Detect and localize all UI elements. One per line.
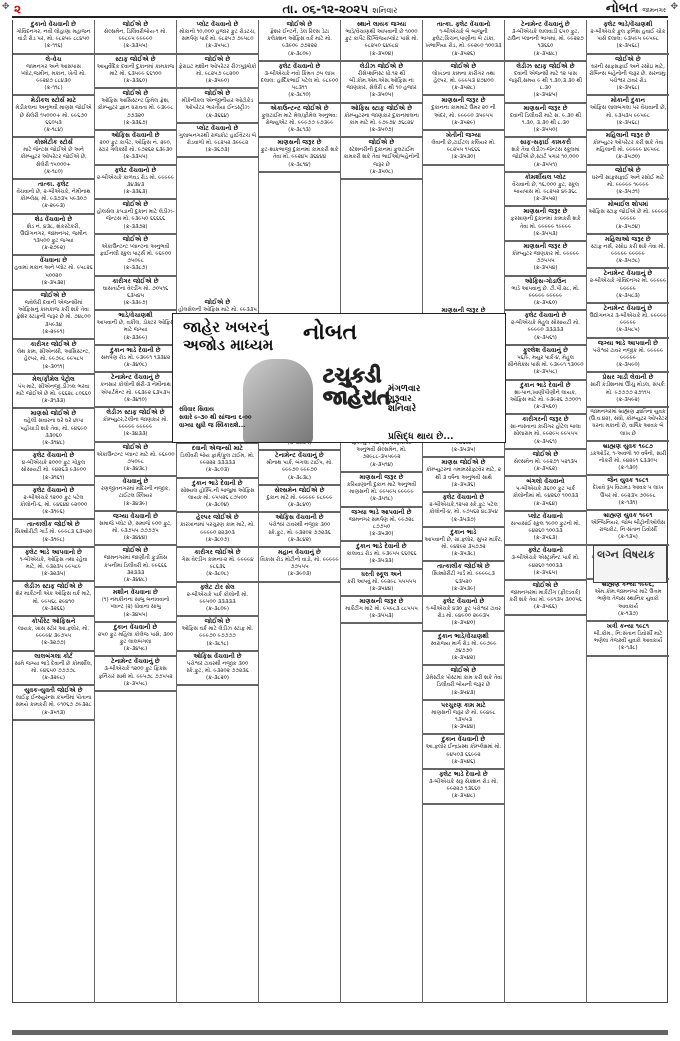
ad-reference: (ક્ર-૩૫૨૯) <box>424 120 503 127</box>
ad-heading: જોઈએ છે <box>588 56 668 64</box>
ad-heading: લાલબંગલા કોર્ટ <box>14 653 93 661</box>
ad-reference: (ક્ર-૩૮૪૦) <box>260 502 339 509</box>
ad-reference: (ક્ર-૧૧૬) <box>14 43 93 50</box>
ad-heading: એકાઉન્ટન્ટ જોઈએ છે <box>260 105 339 113</box>
ad-body: ગોવિંદનગર, નવી લોહાણા મહાજન વાડી રોડ પર,… <box>14 29 93 43</box>
ad-reference: (ક્ર-૩૫૨૮) <box>424 85 503 92</box>
ad-reference: (ક્ર-૩૪૩૯) <box>96 501 175 508</box>
ad-body: લેવાની છે,ટાઈટલ કલિયર મો. ૯૮૨૫૫ ૧૫૬૬૬ <box>424 140 503 154</box>
ad-heading: સ્થાને લાયક જગ્યા <box>342 21 421 29</box>
ad-body: ૧-બીએચકે બે બાજુની ફ્લેટ,કિચન,પાણીના બે … <box>424 29 503 51</box>
ad-reference: (ક્ર-૩૫૬૦) <box>506 404 585 411</box>
classified-ad: ઓફિસ-ગોડાઉનભાડે આપવાનું છે. ટી.પી.૨૮, મો… <box>505 277 586 312</box>
classified-ad: જોઈએ છેજામનગરમાં જાણીતી ફુડવિસ કંપનીમાં … <box>95 546 176 588</box>
ad-reference: (ક્ર-૩૫૦૫) <box>342 92 421 99</box>
ad-heading: ફ્લેટ ભાડે દેવાનો છે <box>424 771 503 779</box>
ad-reference: (ક્ર-૩૧૬૧) <box>14 475 93 482</box>
ad-body: ગુલાબનગરથી રાજકોટ હાઈવેટચ બે રોડવાળો મો.… <box>178 133 257 147</box>
ad-body: શ્રીનાથ પાર્ક, બંગલા ટાઈપ, મો. ૯૯૯૭૦ ૯૯૯… <box>260 460 339 474</box>
ad-reference: (ક્ર-૩૫૩૫) <box>424 447 503 454</box>
classified-ad: લે-વેચજામનગર અને આસપાસ પ્લોટ,જમીન, મકાન,… <box>13 55 94 97</box>
ad-body: લાઈફ ઈન્સ્યુરન્સ કંપનીમાં પોતાના સમયે કા… <box>14 695 93 709</box>
ad-body: સત્યસાંઈ સ્કુલ ૧૯૦૦ ફુટનો મો. ૯૪૨૬૦ ૧૦૦૩… <box>506 521 585 535</box>
ad-heading: ટેનામેન્ટ વેંચવાનું છે <box>506 21 585 29</box>
ad-body: જામનગરમાં માર્કેટીંગ (ફીલ્ડવર્ક) કરી શકે… <box>506 590 585 604</box>
classified-ad: મહાન વેંચવાનું છેવિકાસ રોડ મોટીનો વાડો, … <box>259 548 340 583</box>
thumbs-up-icon <box>243 359 313 443</box>
ad-body: સેલ્સમેન મો. ૯૯૨૭૧ ૫૨૧૩૫ <box>506 459 585 466</box>
ad-reference: (ક્ર-૩૩૬૦) <box>96 78 175 85</box>
ad-heading: ફ્લેટ વેંચવાનો છે <box>424 598 503 606</box>
registration-mark: ✥ <box>2 2 10 12</box>
ad-body: રીસેપ્શનિસ્ટ ધો.૧૨ થી બી.કોમ.એમ.એસ.ઓફિસ … <box>342 71 421 93</box>
classified-ad: જગ્યા વેંચવાની છેસમાજે પ્લોટ છે, સમાજે ૯… <box>95 512 176 547</box>
page-header: ૨ તા. ૦૬-૧૨-૨૦૨૫ શનિવાર નોબત જામનગર <box>12 2 668 18</box>
ad-heading: મહાન વેંચવાનું છે <box>260 549 339 557</box>
ad-heading: પ્લોટ વેંચવાનો છે <box>178 125 257 133</box>
ad-body: ૧-બીએચકે, ઓફિસ તથા રહેવા માટે, મો. ૯૩૨૩૫… <box>14 557 93 571</box>
classified-ad: કારીગર જોઈએ છેઘાસતાર્ટના વેલ્ડીંગ મો. ૭૦… <box>95 277 176 312</box>
ad-body: હોલસેલ કપડાની દુકાન માટે લેડીઝ-જેન્ટસ મો… <box>96 209 175 223</box>
ad-body: કોમ્પ્યુટર ઓપરેટર કરી શકે તેવા મહિલાની મ… <box>588 140 668 154</box>
ad-body: સ્ટાફ નર્સ, રસોઇ કરી શકે તેવા મો. ૯૯૯૯૯ … <box>588 244 668 258</box>
banner-days: મંગળવાર ગુરૂવાર શનિવારે <box>388 384 420 414</box>
classified-ad: ઓફિસ સ્ટાફ જોઈએ છેકોમ્પ્યુટરના જાણકાર દુ… <box>341 104 422 139</box>
classified-ad: ટેનામેન્ટ વેંચવાનું છે૩-બીએચકે ૧૨૦૦ ફુટ … <box>95 657 176 692</box>
ad-body: ઓફિસ લાલબંગલા પર વેંચવાની છે, મો. ૯૩૫૩૫ … <box>588 105 668 119</box>
ad-reference: (ક્ર-૩૫૯૦) <box>178 78 257 85</box>
ad-heading: ફ્લેટ ટોર સેલ <box>178 584 257 592</box>
ad-body: ઓફિસ વર્ક માટે લેડીઝ સ્ટાફ મો. ૯૯૯૭૦ ૯૭૭… <box>178 626 257 640</box>
classified-ad: કોર્પોરેટ ઓફિસનેલાયક, ખાસ સ્ટોર આ.ફ્લોર,… <box>13 617 94 652</box>
classified-ad: ટેનામેન્ટ વેંચવાનું છે૩-બીએચકે લાલવાડી ૬… <box>505 20 586 62</box>
ad-reference: (ક્ર-૩૫૮૩) <box>588 293 668 300</box>
ad-heading: ઓફિસ સ્ટાફ જોઈએ છે <box>342 105 421 113</box>
classified-ad: જોઈએ છેઓફિસ આસિસ્ટન્ટ ફિમેલ ફ્રેશ, કોમ્પ… <box>95 89 176 131</box>
classified-ad: સ્ટાફ જોઈએ છેઆયુર્વેદિક દવાની દુકાનમાં ક… <box>95 55 176 90</box>
classified-ad: ટેનામેન્ટ વેંચવાનું છે૨-બીએચકે ગોવિંદનગર… <box>587 269 669 304</box>
classified-ad: દુકાન ભાડે દેવાની છેકાલાવડ રોડ મો. ૯૩૯૫૫… <box>341 542 422 569</box>
ad-reference: (ક્ર-૩૫૦૭) <box>342 127 421 134</box>
ad-reference: (ક્ર-૩૫૪૪) <box>342 586 421 593</box>
ad-heading: ઓફિસ વેંચવાની છે <box>96 132 175 140</box>
ad-body: કરિયાણાની દુકાન માટે અનુભવી માણસની મો. ૯… <box>342 482 421 496</box>
ad-body: સ્ટેશનરીની દુકાનમાં ફુલટાઈમ કામકરી શકે ત… <box>342 147 421 169</box>
classified-ad: બ્રાહ્મણ યુવક ૧૯૯૧એન્જિનિયર, જોબ બીટ્રોન… <box>587 511 669 546</box>
ad-body: એન્જિનિયર, જોબ બીટ્રોનીઓલેસ રાજકોટ, નિઃસ… <box>588 520 668 534</box>
ad-reference: (ક્ર-૩૫૮૫) <box>588 327 668 334</box>
ad-heading: જોઈએ છે <box>14 292 93 300</box>
classified-ad: દવાની એજન્સી માટેડિલીવરી બોય ફાર્મ/ફુલ ટ… <box>177 444 258 479</box>
ad-reference: (ક્ર-૩૫૫૮) <box>506 369 585 376</box>
ad-body: સેલ્સમેન, ડિલિવરીબોય-૧ મો. ૯૯૮૯૫ ૯૯૯૯૦ <box>96 29 175 43</box>
banner-tagline: જાહેર ખબરનું અજોડ માધ્યમ <box>183 318 273 354</box>
ad-heading: મશીન વેંચવાના છે <box>96 589 175 597</box>
classified-ad: વેંચવાના છેહવામાં મકાન અને પ્લોટ મો. ૯૫૮… <box>13 256 94 291</box>
ad-heading: દુકાન વેંચવાની છે <box>96 624 175 632</box>
ad-body: લાયક, ખાસ સ્ટોર આ.ફ્લોર, મો. ૯૯૯૯૪ ૩૯૭૫૫ <box>14 626 93 640</box>
ad-heading: દુકાન ભાડે દેવાની છે <box>342 543 421 551</box>
classified-ad: જોઈએ છેફેરાઇટ મશીન ઓપરેટર રીઝપુરૂષોકો મો… <box>177 55 258 90</box>
classified-column: જોઈએ છેફ્રેશર ઈન્ટર્ન, ડેલ રિલ્સ ડેટા કલ… <box>259 20 341 1003</box>
ad-reference: (ક્ર-૩૫૩૩) <box>342 558 421 565</box>
ad-heading: જગ્યા વેંચવાની છે <box>96 513 175 521</box>
ad-reference: (ક્ર-૩૫૫૨) <box>506 196 585 203</box>
classified-ad: એકાઉન્ટન્ટ જોઈએ છેફુલટાઈમ માટે મેલ/ફીમેલ… <box>259 104 340 139</box>
ad-reference: (ક્ર-૩૫૬૦) <box>506 300 585 307</box>
classified-ad: જોઈએ છેમીકેનીકલ એન્જીનીયર ઓટોકેડ ઓપરેટર … <box>177 89 258 124</box>
ad-body: ગેસ વેલ્ડીંગ કામના-૨ મો. ૯૯૯૯૪ ૯૮૬૩૬ <box>178 557 257 571</box>
classified-ad: પરચુરણ કામ માટેમાણસની જરૂર છે મો. ૯૯૪૯૮ … <box>423 701 504 736</box>
classified-ad: મોબાઈલ શોપમાંઓફિસ સ્ટાફ જોઈએ છે મો. ૯૯૯૯… <box>587 200 669 235</box>
ad-body: વિકાસ રોડ મોટીનો વાડો, મો. ૯૯૯૯૯ ૭૭૫૫૫ <box>260 557 339 571</box>
ad-reference: (ક્ર-૩૨૯૮) <box>14 675 93 682</box>
classifieds-grid: દુકાનો વેંચવાની છેગોવિંદનગર, નવી લોહાણા … <box>12 20 668 1003</box>
ad-heading: મહિલાઓ જરૂર છે <box>588 236 668 244</box>
ad-reference: (ક્ર-૩૫૯૨) <box>588 397 668 404</box>
ad-reference: (ક્ર-૩૩૮૭) <box>96 265 175 272</box>
classified-ad: જોઈએ છેજ્વેલેરી દવાની એજન્સીમાં ઓફિસનું … <box>13 291 94 340</box>
ad-reference: (ક્ર-૩૫૪૮) <box>424 793 503 800</box>
ad-heading: પરચુરણ કામ માટે <box>424 702 503 710</box>
ad-reference: (ક્ર-૩૧૯૬) <box>14 509 93 516</box>
lagna-vishayak-banner: લગ્ન વિષયક <box>593 545 667 583</box>
ad-body: ફિઝ્યુન પેઇન્ટ્સ શોરૂમમાટે અનુભવી સેલ્સમ… <box>342 440 421 462</box>
ad-body: જામનગર સમર્પણ મો. ૯૯૭૨૮ ૮૭૭૫૦ <box>342 517 421 531</box>
ad-body: સારી કંડીશનમાં ઊંચું મોડલ, સંપર્ક: મો. ૯… <box>588 382 668 396</box>
classified-ad: લેડીઝ જોઈએ છેરીસેપ્શનિસ્ટ ધો.૧૨ થી બી.કો… <box>341 62 422 104</box>
classified-ad: જોઈએ છેફ્રેશર ઈન્ટર્ન, ડેલ રિલ્સ ડેટા કલ… <box>259 20 340 62</box>
ad-heading: પ્લોટ વેંચવાનો છે <box>178 21 257 29</box>
ad-heading: ફ્લેટ વેંચવાનો છે <box>260 63 339 71</box>
ad-body: સમર્પણ રોડ મો. ૯૩૯૯૧ ૧૩૩૪૨ <box>96 355 175 362</box>
ad-reference: (ક્ર-૩૫૫૪) <box>506 265 585 272</box>
ad-reference: (ક્ર-૩૫૫૮) <box>178 43 257 50</box>
ad-body: ઘરની સાફસફાઈ અને રસોઇ માટે, રોબિન્સ બહેન… <box>588 64 668 86</box>
classified-column: સ્થાને લાયક જગ્યાભાડે/વેંચાણથી આપવાની છે… <box>341 20 423 1003</box>
classified-ad: તાત્કા. ફ્લેટ વેંચવાનો૧-બીએચકે બે બાજુની… <box>423 20 504 62</box>
ad-reference: (ક્ર-૩૬૭૩) <box>178 147 257 154</box>
ad-reference: (ક્ર-૩૧૪૮) <box>14 440 93 447</box>
classified-ad: પ્લોટ વેંચવાનોસત્યસાંઈ સ્કુલ ૧૯૦૦ ફુટનો … <box>505 512 586 547</box>
ad-body: દુકાનના કામમાટે ઉંમર ૨૦ ની અંદર, મો. ૯૯૯… <box>424 105 503 119</box>
ad-body: શેર માર્કેટની એક ઓફિસ વર્ક માટે, મો. ૯૯૫… <box>14 591 93 605</box>
classified-ad: તાત્કાલીક જોઈએ છેસિક્યોરીટી ગાર્ડ મો. ૯૯… <box>423 562 504 597</box>
ad-body: મેડીકલના અનુભવી માણસ જોઈએ છે સેલેરી ૧૫૦૦… <box>14 105 93 127</box>
ad-body: ૩-બીએચકે લાલવાડી ૬૫૦ ફુટ, ટાઉન પ્લાનની ભ… <box>506 29 585 51</box>
ad-reference: (ક્ર-૩૫૪૪) <box>424 724 503 731</box>
ad-heading: તાત્કા. ફ્લેટ <box>14 181 93 189</box>
ad-heading: જોઈએ છે <box>506 451 585 459</box>
ad-body: સામે જગ્યા ભાડે દેવાની છે કોમર્શીલ, મો. … <box>14 661 93 675</box>
classified-ad: બંગલો વેંચવાનો૫-બીએચકે ૩૬૦૦ ફુટ પાર્ક કો… <box>505 477 586 512</box>
classified-ad: ધરતી સ્કૂલ અનેકરી આપવું મો. ૯૯૨૯૮ ૫૫૫૫૫(… <box>341 570 422 597</box>
ad-reference: (ક્ર-૩૫૭૦) <box>588 154 668 161</box>
ad-reference: (ક્ર-૩૩૫૫) <box>96 43 175 50</box>
ad-heading: ટેનામેન્ટ વેંચવાનું છે <box>588 305 668 313</box>
ad-reference: (ક્ર-૩૮૦૯) <box>178 606 257 613</box>
ad-reference: (ક્ર-૧૩૧) <box>588 500 668 507</box>
ad-reference: (ક્ર-૩૪૫૮) <box>96 646 175 653</box>
ad-reference: (ક્ર-૩૮૧૪) <box>260 162 339 169</box>
ad-heading: ફુલ્લેશ વેંચવાનું છે <box>506 347 585 355</box>
masthead-logo: નોબત જામનગર <box>606 1 666 16</box>
ad-reference: (ક્ર-૩૩૫૫) <box>96 154 175 161</box>
ad-heading: ઓફિસ વેંચવાની છે <box>178 653 257 661</box>
ad-body: ૩-બીએચકે નવો કિંમત ૭૫ લાખ દલાલ: હાર્દિકભ… <box>260 71 339 93</box>
ad-body: સમાજે પ્લોટ છે, સમાજે ૯૦૦ ફુટ, મો. ૯૩૭૫૫… <box>96 521 175 535</box>
ad-reference: (ક્ર-૩૧૩૩) <box>14 398 93 405</box>
ad-body: કોમ્પ્યુટરના જાણકાર દુકાનમાલના કામ માટે … <box>342 113 421 127</box>
ad-reference: (ક્ર-૩૫૪૨) <box>424 655 503 662</box>
ad-reference: (ક્ર-૩૩૬૩) <box>96 189 175 196</box>
ad-body: કનસાર કોલોની શેરી-૩ નેમીનાથ એપાર્ટમેન્ટ … <box>96 382 175 396</box>
ad-reference: (ક્ર-૩૫૪૩) <box>424 690 503 697</box>
ad-heading: માણસની જરૂર છે <box>506 243 585 251</box>
ad-reference: (ક્ર-૩૬૬૪) <box>178 113 257 120</box>
ad-reference: (ક્ર-૩૫૫૩) <box>506 231 585 238</box>
ad-body: કોમ્પ્યુટરના તમામસોફ્ટવેર માટે, ૨ થી ૩ વ… <box>424 467 503 481</box>
ad-reference: (ક્ર-૩૩૯૯) <box>96 335 175 342</box>
classified-ad: ઓફિસ વેંચવાની છેપંચેશ્વર ટાવરથી નજીક ૩૦૦… <box>177 652 258 687</box>
classified-ad: જગ્યા ભાડે આપવાની છેજામનગર સમર્પણ મો. ૯૯… <box>341 508 422 543</box>
ad-body: ફેરાઇટ મશીન ઓપરેટર રીઝપુરૂષોકો મો. ૯૮૨૫૭… <box>178 64 257 78</box>
classified-ad: લેડીઝ સ્ટાફ જોઈએ છેદવાની એજન્સી માટે ૧૨ … <box>505 62 586 104</box>
ad-heading: જોઈએ છે <box>96 444 175 452</box>
ad-heading: ખત્રી કન્યા ૧૯૮૧ <box>588 623 668 631</box>
ad-reference: (ક્ર-૩૫૦૪) <box>342 51 421 58</box>
ad-body: ૨-બીએચકે પાર્ક કોલોની મો. ૯૯૫૦૦ ૩૩૩૩૩ <box>178 592 257 606</box>
ad-body: ૩-બીએચકે એસ્ટ્રાર્મેન્ટ પાર્ક મો. ૯૪૨૬૦ … <box>506 555 585 569</box>
classified-ad: લેડીઝ સ્ટાફ જોઈએ છેકોમ્પ્યુટર,ટેલીના જાણ… <box>95 408 176 443</box>
classified-ad: ફ્લેટ ભાડે આપવાનો છે૧-બીએચકે, ઓફિસ તથા ર… <box>13 548 94 583</box>
ad-reference: (ક્ર-૩૮૩૮) <box>260 475 339 482</box>
classified-ad: મોકાની દુકાનઓફિસ લાલબંગલા પર વેંચવાની છે… <box>587 96 669 131</box>
ad-body: ફરસાણની દુકાનમાં કામકરી શકે તેવા મો. ૯૯૯… <box>506 216 585 230</box>
ad-body: વેંચવાનો છે, ૨-બીએચકે, નેમીનાથ કોમ્પ્લેક… <box>14 189 93 203</box>
ad-reference: (ક્ર-૩૮૦૮) <box>178 571 257 578</box>
classified-ad: દુકાન ભાડેઆપવાની છે, ગ્રા.ફ્લોર, સુપર મા… <box>423 528 504 563</box>
ad-reference: (ક્ર-૩૫૩૭) <box>424 517 503 524</box>
classified-ad: જોઈએ છેજામનગરમાં માર્કેટીંગ (ફીલ્ડવર્ક) … <box>505 581 586 616</box>
ad-body: માણસની જરૂર છે મો. ૯૯૪૯૮ ૧૩૫૫૩ <box>424 710 503 724</box>
classified-ad: ફ્લેટ વેંચવાનો૩-બીએચકે એસ્ટ્રાર્મેન્ટ પા… <box>505 546 586 581</box>
classified-ad: યુવક-યુવતી જોઈએ છેલાઈફ ઈન્સ્યુરન્સ કંપની… <box>13 686 94 721</box>
ad-heading: જોઈએ છે <box>260 21 339 29</box>
ad-body: ૨-બીએચકે ગોવિંદનગર મો. ૯૯૯૯૯ ૯૯૯૯૯ <box>588 278 668 292</box>
registration-mark: ✥ <box>670 2 678 12</box>
ad-heading: લેડીઝ સ્ટાફ જોઈએ છે <box>96 409 175 417</box>
ad-reference: (ક્ર-૩૮૦૪) <box>178 502 257 509</box>
classified-column: તાત્કા. ફ્લેટ વેંચવાનો૧-બીએચકે બે બાજુની… <box>423 20 505 1003</box>
ad-heading: બ્રાહ્મણ યુવક ૧૯૯૧ <box>588 512 668 520</box>
classified-ad: ટેનામેન્ટ વેંચવાનું છેશ્રીનાથ પાર્ક, બંગ… <box>259 451 340 486</box>
classified-ad: સેલ્સમેન જોઈએ છેદુકાન માટે મો. ૯૯૯૯૯ ૯૮૯… <box>259 486 340 513</box>
ad-body: ૪-બીએચકે ૨૦૦૦ ફુટ ગોકુલ સોસાયટી મો. ૯૪૨૬… <box>14 460 93 474</box>
classified-ad: દુકાન ભાડે દેવાની છેસમર્પણ રોડ મો. ૯૩૯૯૧… <box>95 346 176 373</box>
ad-heading: ફ્લેટ વેંચવાનો છે <box>14 487 93 495</box>
ad-heading: દુકાનો વેંચવાની છે <box>14 21 93 29</box>
ad-heading: સ્ટાફ જોઈએ છે <box>96 56 175 64</box>
ad-reference: (ક્ર-૩૫૬૮) <box>588 43 668 50</box>
classified-ad: જોઈએ છેધરની સાફસફાઈ અને રસોઈ માટે મો. ૯૯… <box>587 166 669 201</box>
ad-heading: કોમર્શીયલ પ્લોટ <box>506 174 585 182</box>
classified-ad: બ્રાહ્મણ કન્યા ૧૯૯૬,એમ.કોમ.જામનગર માટે ઉ… <box>587 580 669 622</box>
classified-ad: દુકાન ભાડે દેવાની છેસોશ્યલ હોસ્પિ.ની બાજ… <box>177 479 258 514</box>
ad-reference: (ક્ર-૩૫૦૮) <box>342 169 421 176</box>
ad-reference: (ક્ર-૧૩૮) <box>588 645 668 652</box>
color-registration-bar <box>12 1030 668 1035</box>
classified-ad: શેડ વેંચવાનો છેશેડ નં. ૪૩૮, શંકરટેકરી, ઉ… <box>13 215 94 257</box>
issue-day: શનિવાર <box>372 6 397 15</box>
ad-reference: (ક્ર-૩૮૦૭) <box>178 537 257 544</box>
ad-reference: (ક્ર-૩૧૯૮) <box>14 537 93 544</box>
classified-ad: તાત્કા. ફ્લેટવેંચવાનો છે, ૨-બીએચકે, નેમી… <box>13 180 94 215</box>
banner-spacer <box>259 173 340 313</box>
ad-body: કારખાનામાં પરચુરણ કામ માટે, મો. ૯૯૯૯૦ ૨૨… <box>178 522 257 536</box>
ad-body: વેંચવાનો છે, ૧૬,૦૦૦ ફુટ, સ્કૂલ બાયપાસ મો… <box>506 182 585 196</box>
banner-spacer <box>177 158 258 298</box>
ad-body: ૫૬/૯, મયુર પાર્ક-૪, મેહુલ સીનેમેક્સ પાસે… <box>506 355 585 369</box>
classified-ad: જોઈએ છેસ્ટેશનરીની દુકાનમાં ફુલટાઈમ કામકર… <box>341 138 422 180</box>
ad-body: ડોમેસ્ટીક પોસ્ટમાં કામ કરી શકે તેવા ડિલી… <box>424 675 503 689</box>
ad-reference: (ક્ર-૩૫૩૦) <box>424 154 503 161</box>
ad-reference: (ક્ર-૩૫૯૦) <box>588 362 668 369</box>
ad-heading: જોઈએ છે <box>424 667 503 675</box>
classified-ad: ટેનામેન્ટ વેંચવાનું છેઉદ્યોગનગર ૩-બીએચકે… <box>587 304 669 339</box>
ad-reference: (ક્ર-૩૫૧૩) <box>14 710 93 717</box>
ad-body: આપવાની છે, વકીલ, ડોક્ટર ઓફિસ માટે જગ્યા <box>96 320 175 334</box>
ad-reference: (ક્ર-૩૫૧૮) <box>342 496 421 503</box>
ad-reference: (ક્ર-૩૮૨૦) <box>178 675 257 682</box>
classified-ad: કારીગર જોઈએ છેગેસ વેલ્ડીંગ કામના-૨ મો. ૯… <box>177 548 258 583</box>
ad-body: સોશ્યલ હોસ્પિ.ની બાજુમાં ઓફિસ લાયક મો. ૯… <box>178 488 257 502</box>
classified-ad: ફ્લેટ વેંચવાનો છે૨-બીએચકે કાળવડ રોડ મો. … <box>95 166 176 201</box>
ad-reference: (ક્ર-૩૫૪૬) <box>424 759 503 766</box>
ad-reference: (ક્ર-૩૫૩૮) <box>424 551 503 558</box>
ad-reference: (ક્ર-૩૪૫૫) <box>96 612 175 619</box>
classified-ad: જોઈએ છેઘરની સાફસફાઈ અને રસોઇ માટે, રોબિન… <box>587 55 669 97</box>
ad-heading: ફ્લેટ વેંચવાનો છે <box>14 452 93 460</box>
classified-ad: ફ્લેટ ભાડે/વેંચાણથી૨-બીએચકે ફુલ ફર્નિશ હ… <box>587 20 669 55</box>
classified-ad: દુકાનો વેંચવાની છેગોવિંદનગર, નવી લોહાણા … <box>13 20 94 55</box>
ad-body: જામનગરમાં બ્રાહ્મણ જ્ઞાતિના યુવક (ઉ.વ.૪૨… <box>588 409 668 438</box>
ad-body: એકાઉન્ટન્ટ પ્લાન્ટ માટે મો. ૯૬૯૦૦ ૭૫૦૯૮ <box>96 452 175 466</box>
ad-body: કાલાવડ રોડ મો. ૯૩૯૫૫ ૬૬૦૬૬ <box>342 551 421 558</box>
ad-body: સિક્યોરીટી ગાર્ડ મો. ૯૯૯૮૩ ૬૩૫૨૦ <box>14 529 93 536</box>
ad-heading: સેલ્સમેન જોઈએ છે <box>260 487 339 495</box>
ad-reference: (ક્ર-૩૫૪૮) <box>506 51 585 58</box>
banner-spacer <box>423 166 504 306</box>
classified-ad: માણસની જરૂર છેકરિયાણાની દુકાન માટે અનુભવ… <box>341 473 422 508</box>
ad-body: બી.કોમ., નિ:સંતાન ડિવોર્સી માટે ભણેલા તે… <box>588 631 668 645</box>
ad-heading: જોઈએ છે <box>424 63 503 71</box>
ad-heading: ધરતી સ્કૂલ અને <box>342 571 421 579</box>
classified-ad: જોઈએ છેહોલસેલ કપડાની દુકાન માટે લેડીઝ-જે… <box>95 200 176 235</box>
ad-heading: ફ્લેટ વેંચવાનો છે <box>96 167 175 175</box>
classified-ad: મશીન વેંચવાના છે(૧) નમકીનના સાબુ બનાવવાન… <box>95 588 176 623</box>
ad-reference: (ક્ર-૨૯૯૧) <box>14 329 93 336</box>
ad-body: એકાઉન્ટન્ટ પ્લાન્ટના અનુભવી ફાઈનલી સ્કુલ… <box>96 244 175 266</box>
ad-heading: વેંચવાનું છે <box>96 478 175 486</box>
ad-reference: (ક્ર-૩૫૬૨) <box>506 466 585 473</box>
ad-reference: (ક્ર-૩૪૪૮) <box>96 577 175 584</box>
ad-heading: જોઈએ છે <box>96 236 175 244</box>
ad-heading: દુકાન ભાડે દેવાની છે <box>178 480 257 488</box>
classified-ad: ફ્લેટ વેંચવાનો છે૩-બીએચકે નવો કિંમત ૭૫ લ… <box>259 62 340 104</box>
ad-heading: લે-વેચ <box>14 56 93 64</box>
classified-ad: માણસની જરૂર છેફુટ-શાકભાજી દુકાનમાં કામકર… <box>259 138 340 173</box>
date-line: તા. ૦૬-૧૨-૨૦૨૫ શનિવાર <box>12 2 668 17</box>
ad-body: ૨૦૦ ફુટ કાર્પેટ, ઓફિસ નં. ૨૯૦, સ્ટાર ગેલ… <box>96 140 175 154</box>
ad-heading: મહિલાની જરૂર છે <box>588 132 668 140</box>
ad-reference: (ક્ર-૩૫૩૨) <box>14 280 93 287</box>
ad-reference: (ક્ર-૩૫૫૧) <box>506 162 585 169</box>
classified-ad: ફ્લેટ ટોર સેલ૨-બીએચકે પાર્ક કોલોની મો. ૯… <box>177 583 258 618</box>
classified-ad: પ્રેસર ગાડી લેવાની છેસારી કંડીશનમાં ઊંચુ… <box>587 373 669 408</box>
ad-body: માટે જેન્ટસ જોઈએ છે અને કોમ્પ્યુટર ઓપરેટ… <box>14 147 93 169</box>
ad-body: દવાની ડિલીવરી માટે સ. ૯.૩૦ થી ૧.૩૦, ૩.૩૦… <box>506 113 585 127</box>
ad-body: શેડ નં. ૪૩૮, શંકરટેકરી, ઉદ્યોગનગર, જામનગ… <box>14 224 93 246</box>
ad-reference: (ક્ર-૩૦૧૧) <box>14 364 93 371</box>
ad-reference: (ક્ર-૩૫૬૧) <box>506 439 585 446</box>
ad-reference: (ક્ર-૩૩૬૭) <box>96 120 175 127</box>
ad-body: જામનગરમાં જાણીતી ફુડવિસ કંપનીમાં ડિલીવરી… <box>96 555 175 577</box>
classified-ad: જગ્યા ભાડે આપવાની છેપંચેશ્વર ટાવર નજીક મ… <box>587 339 669 374</box>
ad-reference: (ક્ર-૩૮૧૩) <box>260 127 339 134</box>
classified-ad: દુકાન ભાડે/વેંચાણથીસ્વરાજ્ય માર્ગ રોડ મો… <box>423 632 504 667</box>
ad-body: કરી આપવું મો. ૯૯૨૯૮ ૫૫૫૫૫ <box>342 579 421 586</box>
ad-body: સા-નાસ્તાના કારીગર હોટેલ બાલા સોલારામ મો… <box>506 424 585 438</box>
classified-ad: મહિલાની જરૂર છેકોમ્પ્યુટર ઓપરેટર કરી શકે… <box>587 131 669 166</box>
classified-ad: સાફ-સફાઈ કામકરીશકે તેવા લેડીઝ-જેન્ટસ સ્ક… <box>505 138 586 173</box>
ad-body: ૨-બીએચકે મેહુલ સોસાયટી મો. ૯૯૯૯૦ ૩૩૩૩૩ <box>506 320 585 334</box>
ad-reference: (ક્ર-૩૫૬૧) <box>506 335 585 342</box>
ad-reference: (ક્ર-૩૪૩૩) <box>96 431 175 438</box>
classified-ad: તાત્કાલીક જોઈએ છેસિક્યોરીટી ગાર્ડ મો. ૯૯… <box>13 520 94 547</box>
ad-heading: દુકાન ભાડે/વેંચાણથી <box>424 633 503 641</box>
ad-heading: ફ્લેટ ભાડે/વેંચાણથી <box>588 21 668 29</box>
classified-ad: ફ્લેટ વેંચવાનો છે૪-બીએચકે ૨૦૦૦ ફુટ ગોકુલ… <box>13 451 94 486</box>
ad-reference: (ક્ર-૩૪૦૮) <box>96 362 175 369</box>
ad-body: ઘાસતાર્ટના વેલ્ડીંગ મો. ૭૦૫૧૬ ૬૩૫૪૫ <box>96 286 175 300</box>
ad-body: ફુટ-શાકભાજી દુકાનમાં કામકરી શકે તેવા મો.… <box>260 147 339 161</box>
ad-reference: (ક્ર-૩૫૬૩) <box>506 535 585 542</box>
ad-reference: (ક્ર-૩૫૬૪) <box>506 501 585 508</box>
classified-ad: ફ્લેટ વેંચવાનો છે૨-બીએચકે મેહુલ સોસાયટી … <box>505 311 586 346</box>
ad-heading: માણસની જરૂર છે <box>342 598 421 606</box>
classified-ad: સ્થાને લાયક જગ્યાભાડે/વેંચાણથી આપવાની છે… <box>341 20 422 62</box>
ad-reference: (ક્ર-૨૯૯૩) <box>14 203 93 210</box>
classified-column: પ્લોટ વેંચવાનો છેમોકાનો ૧૦,૦૦૦ હજાર ફુટ … <box>177 20 259 1003</box>
classified-ad: કોસ્મેટીક સ્ટોર્સમાટે જેન્ટસ જોઈએ છે અને… <box>13 138 94 180</box>
ad-reference: (ક્ર-૩૩૭૨) <box>96 224 175 231</box>
ad-reference: (ક્ર-૩૪૧૦) <box>96 397 175 404</box>
ad-body: ૩-બીએચકે ૧૨૦૦ ફુટ ફિક્સ ફર્નિચર સાથે મો.… <box>96 666 175 680</box>
ad-body: કોમ્પ્યુટર,ટેલીના જાણકાર મો. ૯૯૯૯૯ ૯૯૯૯૯ <box>96 417 175 431</box>
classified-ad: ફ્લેટ વેંચવાનો છે૨-બીએચકે,૧૨૫૨ સ્કે.ફુટ … <box>423 493 504 528</box>
ad-body: ૨-બીએચકે ૧૨૦૦ ફુટ પટેલ કોલોની-૬, મો. ૯૪૬… <box>14 495 93 509</box>
ad-reference: (ક્ર-૧૧૮) <box>14 85 93 92</box>
banner-title: ટચુકડી જાહેરાત <box>323 364 390 408</box>
ad-body: ૨૫૦ ફુટ મહિલા કોલેજ પાસે, ૩૦૦ ફુટ લાલબંગ… <box>96 632 175 646</box>
ad-body: ભાડે/વેંચાણથી આપવાની છે ૧૦૦૦ ફુટ કાર્પેટ… <box>342 29 421 51</box>
ad-body: ઓફિસ આસિસ્ટન્ટ ફિમેલ ફ્રેશ, કોમ્પ્યુટર જ… <box>96 98 175 120</box>
classified-ad: ઓફિસ વેંચવાની છેપંચેશ્વર ટાવરથી નજીક ૩૦૦… <box>259 513 340 548</box>
ad-reference: (ક્ર-૧૩૦) <box>588 465 668 472</box>
classified-ad: લેડીઝ સ્ટાફ જોઈએ છેશેર માર્કેટની એક ઓફિસ… <box>13 582 94 617</box>
classified-ad: માણસની જરૂર છેમાર્કેટીંગ માટે મો. ૯૫૯૮૩ … <box>341 597 422 624</box>
